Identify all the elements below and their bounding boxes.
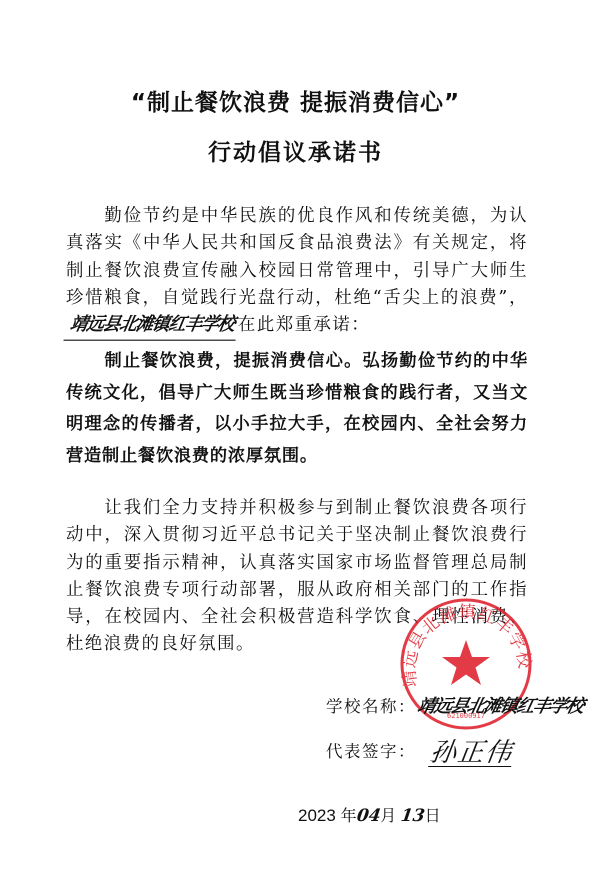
action-text: 让我们全力支持并积极参与到制止餐饮浪费各项行动中，深入贯彻习近平总书记关于坚决制… — [66, 498, 528, 654]
commitment-text: 制止餐饮浪费，提振消费信心。弘扬勤俭节约的中华传统文化，倡导广大师生既当珍惜粮食… — [66, 351, 528, 466]
date-month: 04 — [355, 806, 381, 826]
intro-text-end: 在此郑重承诺： — [238, 315, 370, 335]
intro-text: 勤俭节约是中华民族的优良作风和传统美德，为认真落实《中华人民共和国反食品浪费法》… — [66, 206, 528, 308]
date-year: 2023 — [298, 806, 336, 825]
document-title: “制止餐饮浪费 提振消费信心” — [0, 84, 591, 117]
date-month-char: 月 — [380, 806, 396, 825]
date-year-char: 年 — [341, 806, 357, 825]
paragraph-intro: 勤俭节约是中华民族的优良作风和传统美德，为认真落实《中华人民共和国反食品浪费法》… — [66, 203, 528, 340]
document-subtitle: 行动倡议承诺书 — [0, 134, 591, 167]
representative-label: 代表签字： — [326, 742, 416, 761]
handwritten-school-name: 靖远县北滩镇红丰学校 — [63, 311, 240, 341]
paragraph-action: 让我们全力支持并积极参与到制止餐饮浪费各项行动中，深入贯彻习近平总书记关于坚决制… — [66, 495, 528, 659]
paragraph-commitment: 制止餐饮浪费，提振消费信心。弘扬勤俭节约的中华传统文化，倡导广大师生既当珍惜粮食… — [66, 346, 528, 472]
school-name-signature: 靖远县北滩镇红丰学校 — [415, 692, 586, 718]
document-date: 2023 年04月 13日 — [298, 803, 441, 826]
date-day: 13 — [400, 806, 426, 826]
school-name-row: 学校名称：靖远县北滩镇红丰学校 — [326, 692, 583, 718]
representative-row: 代表签字：孙正伟 — [326, 738, 513, 767]
representative-signature: 孙正伟 — [428, 740, 514, 767]
school-name-label: 学校名称： — [326, 697, 416, 716]
date-day-char: 日 — [425, 806, 441, 825]
